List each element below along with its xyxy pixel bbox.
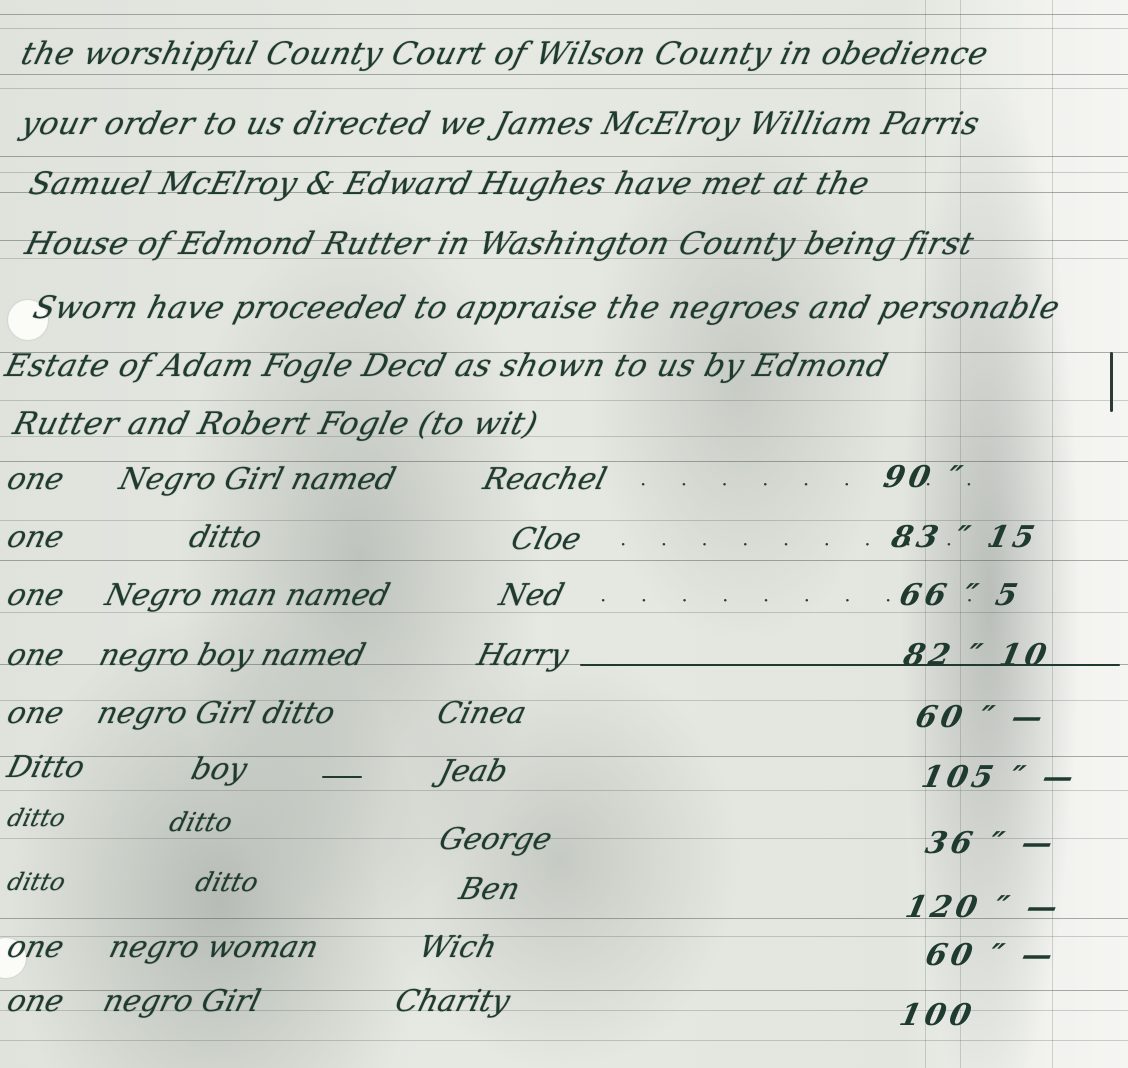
item-qty: one [4,984,68,1019]
item-value: 120 ″ — [902,890,1064,925]
preamble-line: Estate of Adam Fogle Decd as shown to us… [2,348,892,384]
item-value: 66 ″ 5 [896,578,1024,613]
item-description: boy [188,752,251,787]
margin-mark [1110,352,1113,412]
item-value: 100 [896,998,978,1033]
ruled-line [0,400,1128,401]
item-name: Ned [496,578,568,613]
item-qty: ditto [5,868,69,896]
ruled-line [0,560,1128,561]
item-description: negro boy named [96,638,369,673]
item-name: Jeab [436,754,512,789]
preamble-line: Samuel McElroy & Edward Hughes have met … [26,166,874,202]
item-qty: Ditto [4,750,89,785]
item-value: 60 ″ — [922,938,1059,973]
item-description: ditto [186,520,266,555]
item-name: Wich [416,930,501,965]
item-name: Cloe [508,522,585,557]
preamble-line: your order to us directed we James McElr… [18,106,984,142]
item-description: Negro man named [102,578,394,613]
ruled-line [0,756,1128,757]
item-description: ditto [166,808,235,838]
item-description: negro Girl [100,984,264,1019]
item-description: negro Girl ditto [94,696,339,731]
document-page: the worshipful County Court of Wilson Co… [0,0,1128,1068]
ruled-line [0,14,1128,15]
item-value: 90 ″ [880,460,969,495]
item-name: Ben [456,872,524,907]
item-name: Charity [392,984,514,1019]
item-value: 60 ″ — [912,700,1049,735]
item-qty: ditto [5,804,69,832]
item-qty: one [4,930,68,965]
preamble-line: Sworn have proceeded to appraise the neg… [30,290,1064,326]
item-description: Negro Girl named [116,462,400,497]
item-name: George [436,822,556,857]
item-name: Reachel [480,462,610,497]
item-description: negro woman [106,930,322,965]
item-description: ditto [192,868,261,898]
item-value: 105 ″ — [918,760,1080,795]
preamble-line: Rutter and Robert Fogle (to wit) [10,406,542,442]
ruled-line [0,28,1128,29]
ruled-line [0,88,1128,89]
ruled-line [0,156,1128,157]
ruled-line [0,74,1128,75]
item-value: 82 ″ 10 [900,638,1053,673]
item-qty: one [4,696,68,731]
preamble-line: the worshipful County Court of Wilson Co… [18,36,993,72]
preamble-line: House of Edmond Rutter in Washington Cou… [22,226,978,262]
dash-mark [322,776,362,778]
item-value: 36 ″ — [922,826,1059,861]
item-qty: one [4,638,68,673]
item-qty: one [4,578,68,613]
item-qty: one [4,462,68,497]
item-name: Harry [474,638,572,673]
item-qty: one [4,520,68,555]
item-value: 83 ″ 15 [888,520,1041,555]
ruled-line [0,1040,1128,1041]
item-name: Cinea [434,696,530,731]
